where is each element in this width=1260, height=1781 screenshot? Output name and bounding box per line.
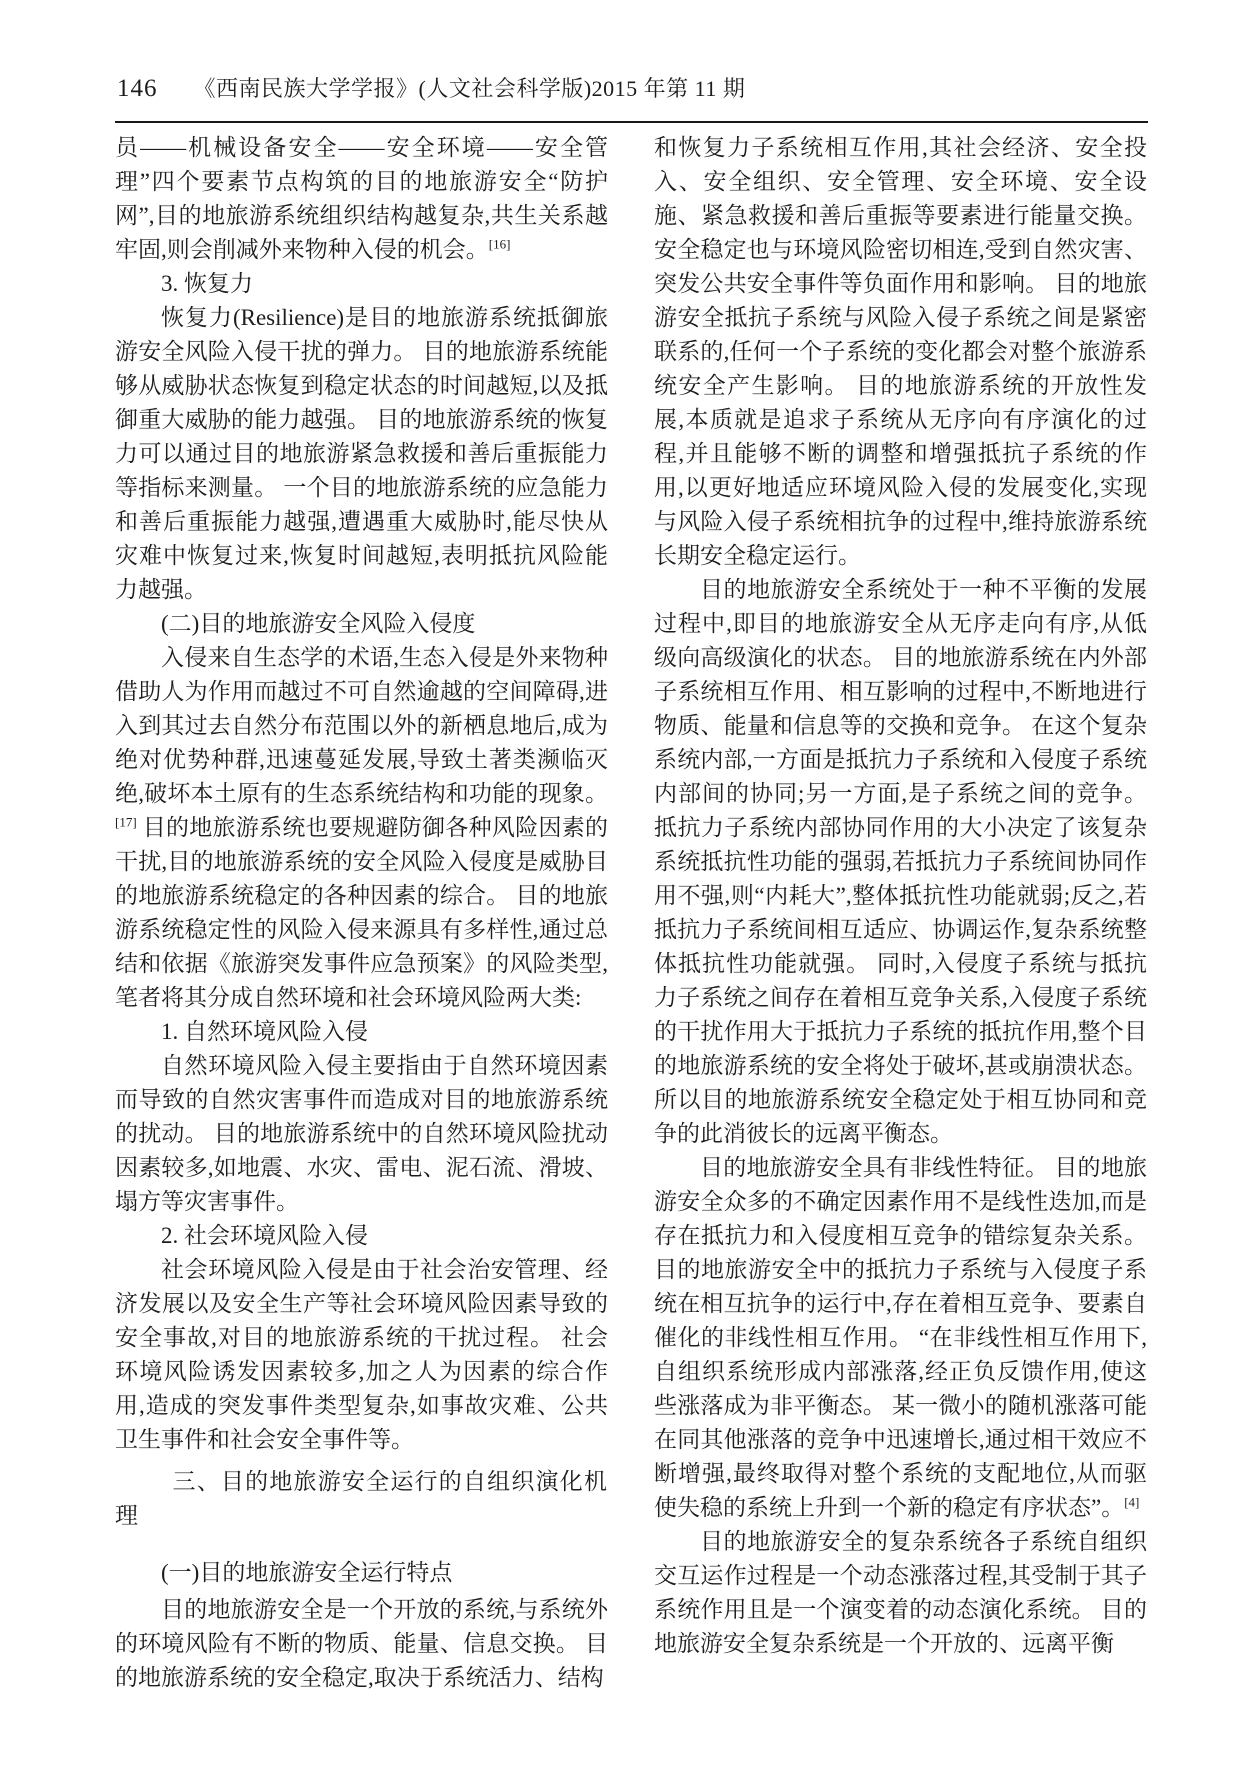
citation-ref: [4] [1124, 1494, 1139, 1509]
section-heading: 三、目的地旅游安全运行的自组织演化机理 [115, 1465, 608, 1533]
text-run: 三、目的地旅游安全运行的自组织演化机理 [115, 1469, 608, 1528]
journal-page: 146 《西南民族大学学报》(人文社会科学版)2015 年第 11 期 员——机… [0, 0, 1260, 1781]
text-run: 社会环境风险入侵是由于社会治安管理、经济发展以及安全生产等社会环境风险因素导致的… [115, 1257, 608, 1452]
paragraph: 目的地旅游安全是一个开放的系统,与系统外的环境风险有不断的物质、能量、信息交换。… [115, 1593, 608, 1695]
subsection-heading: (一)目的地旅游安全运行特点 [115, 1556, 608, 1590]
text-run: 目的地旅游系统也要规避防御各种风险因素的干扰,目的地旅游系统的安全风险入侵度是威… [115, 815, 608, 1010]
paragraph: 目的地旅游安全系统处于一种不平衡的发展过程中,即目的地旅游安全从无序走向有序,从… [654, 573, 1147, 1151]
text-run: (一)目的地旅游安全运行特点 [161, 1560, 452, 1585]
header-rule [115, 121, 1148, 123]
paragraph: 目的地旅游安全具有非线性特征。 目的地旅游安全众多的不确定因素作用不是线性迭加,… [654, 1151, 1147, 1525]
numbered-item-heading: 3. 恢复力 [115, 267, 608, 301]
text-run: 2. 社会环境风险入侵 [161, 1223, 368, 1248]
text-run: 目的地旅游安全是一个开放的系统,与系统外的环境风险有不断的物质、能量、信息交换。… [115, 1597, 608, 1690]
left-column: 员——机械设备安全——安全环境——安全管理”四个要素节点构筑的目的地旅游安全“防… [115, 131, 608, 1695]
text-run: 和恢复力子系统相互作用,其社会经济、安全投入、安全组织、安全管理、安全环境、安全… [654, 135, 1147, 568]
paragraph: 入侵来自生态学的术语,生态入侵是外来物种借助人为作用而越过不可自然逾越的空间障碍… [115, 641, 608, 1015]
text-run: 目的地旅游安全具有非线性特征。 目的地旅游安全众多的不确定因素作用不是线性迭加,… [654, 1155, 1147, 1520]
right-column: 和恢复力子系统相互作用,其社会经济、安全投入、安全组织、安全管理、安全环境、安全… [654, 131, 1147, 1695]
paragraph: 恢复力(Resilience)是目的地旅游系统抵御旅游安全风险入侵干扰的弹力。 … [115, 301, 608, 607]
paragraph: 目的地旅游安全的复杂系统各子系统自组织交互运作过程是一个动态涨落过程,其受制于其… [654, 1525, 1147, 1661]
citation-ref: [17] [115, 814, 137, 829]
text-run: 自然环境风险入侵主要指由于自然环境因素而导致的自然灾害事件而造成对目的地旅游系统… [115, 1053, 608, 1214]
subsection-heading: (二)目的地旅游安全风险入侵度 [115, 607, 608, 641]
text-run: 目的地旅游安全系统处于一种不平衡的发展过程中,即目的地旅游安全从无序走向有序,从… [654, 577, 1147, 1146]
journal-title: 《西南民族大学学报》(人文社会科学版)2015 年第 11 期 [194, 72, 746, 103]
paragraph-continuation: 和恢复力子系统相互作用,其社会经济、安全投入、安全组织、安全管理、安全环境、安全… [654, 131, 1147, 573]
numbered-item-heading: 2. 社会环境风险入侵 [115, 1219, 608, 1253]
text-run: 入侵来自生态学的术语,生态入侵是外来物种借助人为作用而越过不可自然逾越的空间障碍… [115, 645, 608, 806]
page-header: 146 《西南民族大学学报》(人文社会科学版)2015 年第 11 期 [117, 72, 1149, 103]
text-run: 3. 恢复力 [161, 271, 253, 296]
article-body: 员——机械设备安全——安全环境——安全管理”四个要素节点构筑的目的地旅游安全“防… [115, 131, 1148, 1695]
text-run: 1. 自然环境风险入侵 [161, 1019, 368, 1044]
page-number: 146 [117, 75, 158, 103]
paragraph: 自然环境风险入侵主要指由于自然环境因素而导致的自然灾害事件而造成对目的地旅游系统… [115, 1049, 608, 1219]
citation-ref: [16] [489, 236, 511, 251]
numbered-item-heading: 1. 自然环境风险入侵 [115, 1015, 608, 1049]
text-run: (二)目的地旅游安全风险入侵度 [161, 611, 475, 636]
paragraph: 社会环境风险入侵是由于社会治安管理、经济发展以及安全生产等社会环境风险因素导致的… [115, 1253, 608, 1457]
text-run: 员——机械设备安全——安全环境——安全管理”四个要素节点构筑的目的地旅游安全“防… [115, 135, 608, 262]
text-run: 恢复力(Resilience)是目的地旅游系统抵御旅游安全风险入侵干扰的弹力。 … [115, 305, 608, 602]
text-run: 目的地旅游安全的复杂系统各子系统自组织交互运作过程是一个动态涨落过程,其受制于其… [654, 1529, 1147, 1656]
paragraph-continuation: 员——机械设备安全——安全环境——安全管理”四个要素节点构筑的目的地旅游安全“防… [115, 131, 608, 267]
